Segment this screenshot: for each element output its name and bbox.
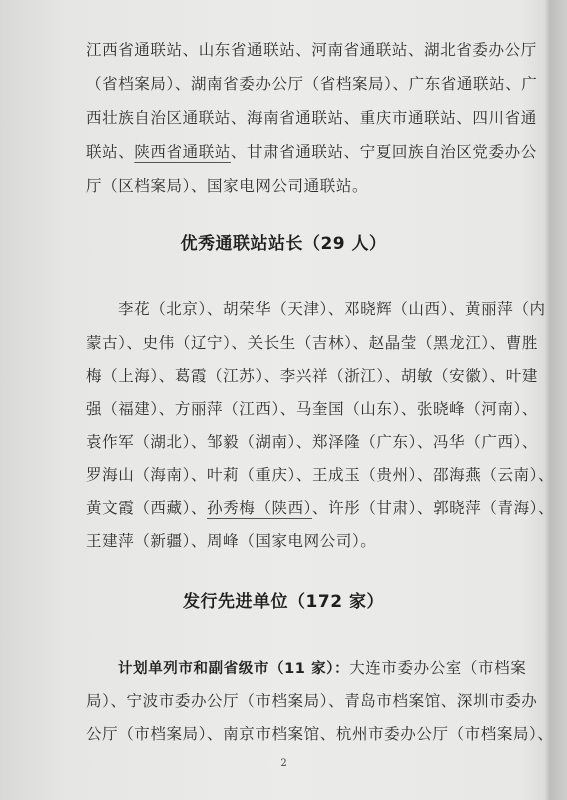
text-line: （省档案局）、湖南省委办公厅（省档案局）、广东省通联站、广 (86, 72, 520, 94)
section-heading: 优秀通联站站长（29 人） (0, 229, 567, 254)
page-number: 2 (0, 758, 567, 769)
section-heading: 发行先进单位（172 家） (0, 587, 567, 612)
underlined-text: 陕西省通联站 (134, 143, 231, 161)
text-line: 公厅（市档案局）、南京市档案馆、杭州市委办公厅（市档案局）、 (86, 722, 520, 744)
text-line: 西壮族自治区通联站、海南省通联站、重庆市通联站、四川省通 (86, 106, 520, 128)
text-segment: 联站、 (86, 143, 134, 161)
text-line: 联站、陕西省通联站、甘肃省通联站、宁夏回族自治区党委办公 (86, 140, 520, 162)
text-line: 李花（北京）、胡荣华（天津）、邓晓辉（山西）、黄丽萍（内 (118, 297, 520, 319)
text-segment: 、甘肃省通联站、宁夏回族自治区党委办公 (231, 143, 537, 161)
underlined-text: 孙秀梅（陕西） (207, 499, 312, 517)
text-line: 袁作军（湖北）、邹毅（湖南）、郑泽隆（广东）、冯华（广西）、 (86, 430, 520, 452)
text-line: 黄文霞（西藏）、孙秀梅（陕西）、许彤（甘肃）、郭晓萍（青海）、 (86, 496, 520, 518)
text-segment: 大连市委办公室（市档案 (349, 659, 526, 677)
text-line: 计划单列市和副省级市（11 家）：大连市委办公室（市档案 (118, 656, 520, 678)
subheading: 计划单列市和副省级市（11 家）： (118, 661, 349, 677)
text-segment: 黄文霞（西藏）、 (86, 499, 207, 517)
text-line: 江西省通联站、山东省通联站、河南省通联站、湖北省委办公厅 (86, 38, 520, 60)
text-segment: 、许彤（甘肃）、郭晓萍（青海）、 (312, 499, 554, 517)
text-line: 罗海山（海南）、叶莉（重庆）、王成玉（贵州）、邵海燕（云南）、 (86, 463, 520, 485)
text-line: 王建萍（新疆）、周峰（国家电网公司）。 (86, 529, 520, 551)
text-line: 局）、宁波市委办公厅（市档案局）、青岛市档案馆、深圳市委办 (86, 689, 520, 711)
text-line: 蒙古）、史伟（辽宁）、关长生（吉林）、赵晶莹（黑龙江）、曹胜 (86, 331, 520, 353)
text-line: 强（福建）、方丽萍（江西）、马奎国（山东）、张晓峰（河南）、 (86, 397, 520, 419)
text-line: 梅（上海）、葛霞（江苏）、李兴祥（浙江）、胡敏（安徽）、叶建 (86, 364, 520, 386)
document-page: 江西省通联站、山东省通联站、河南省通联站、湖北省委办公厅 （省档案局）、湖南省委… (0, 0, 567, 800)
text-line: 厅（区档案局）、国家电网公司通联站。 (86, 174, 520, 196)
